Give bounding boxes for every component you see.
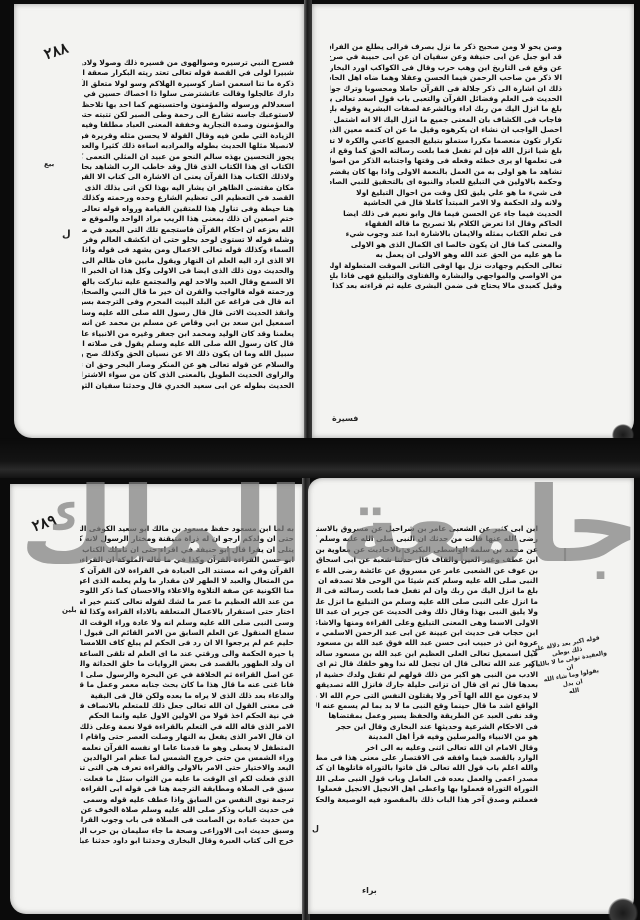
text-line: فانا غنى عنه ما قال هذا ما كان بحث جنابه… — [80, 680, 294, 690]
text-line: الواقع اشد ما قال حينما وقع النبى ما لا … — [316, 701, 538, 711]
text-line: وسبق حديث ابى الاوزاعى وصحة ما جاء سليما… — [80, 826, 294, 836]
text-line: والسلام عن قوله تعالى هو عن المنكر وصار … — [82, 360, 294, 370]
text-line: بعدها قال ثم اى قال ان تزانى حليلة جارك … — [316, 680, 538, 690]
text-line: الحديث بطوله عن ابى سعيد الخدري قال وحدث… — [82, 381, 294, 391]
text-line: حليم عم لم يرجعوا الا ان رد فى الحكم لم … — [80, 638, 294, 648]
microfilm-frame-bottom: ٢٨٩ بلين به لما ابن مسعود حفظ مسعود بن م… — [0, 478, 640, 920]
text-line: ان قال الامر الذى يفعل به النهار وصلت ال… — [80, 732, 294, 742]
catchword: براء — [362, 886, 377, 895]
text-line: يعلمنا وقد كان الوليد ومحمد ابن جعفر وغي… — [82, 329, 294, 339]
text-line: ما هو عليه من الحق عند الله وهو الاولى ا… — [330, 250, 562, 260]
text-line: البعد والاختيار حتى الامر بالاولى والقرا… — [80, 763, 294, 773]
text-line: اكبر عند الله تعالى قال ان تجعل لله ندا … — [316, 659, 538, 669]
text-line: وشله قوله لا تستوى لوحد بحلو حتى ان انكش… — [82, 235, 294, 245]
text-line: فى تعلم الكتاب بمثله والايمان بالاشارة ا… — [330, 229, 562, 239]
catchword: فسيرة — [332, 414, 358, 423]
text-line: التوراة التوراة فعملوا بها واعطى اهل الا… — [316, 784, 538, 794]
text-line: قيل اسمعيل تعالى العلى العظيم ابن عبد ال… — [316, 649, 538, 659]
text-line: فاجاب فى الكشاف بان المعنى جميع ما انزل … — [330, 115, 562, 125]
text-line: يتلى ان يقرا قال ابو حنيفة في اقراء حتى … — [80, 545, 294, 555]
text-line: فعملتم وصدق آخر هذا الباب ذلك بالمقصود ف… — [316, 795, 538, 805]
text-line: الذى فعلت لكم اى الوقت ما عليه من الثواب… — [80, 774, 294, 784]
text-line: قد ابو جبل عن ابى حنيفة وعن سفيان ان عن … — [330, 52, 562, 62]
manuscript-page-287b: وصن يحو لا ومن صحيح ذكر ما نزل بصرف فرال… — [312, 4, 634, 438]
film-separator — [0, 438, 640, 480]
manuscript-text: ابن ابى كثير عن الشعبى عامر بن شراحيل عن… — [316, 524, 538, 805]
text-line: عن اصل القراءة ثم الخلافة في عن البحرة و… — [80, 670, 294, 680]
text-line: ابو حسن القراءة القرآن وكذا في ما قاله ا… — [80, 555, 294, 565]
text-line: ذكرة ما تنا اسعمن اضار كوسيرة الهلاكم وس… — [82, 79, 294, 89]
manuscript-page-289b: ابن ابى كثير عن الشعبى عامر بن شراحيل عن… — [308, 478, 634, 914]
text-line: ولا يليق النبى بهذا وقال ذلك وفى الحديث … — [316, 607, 538, 617]
text-line: وقيل كعبدى مالا يحتاج فى ضمن البشرى عليه… — [330, 281, 562, 291]
text-line: والدعاء بعد ذلك الذى لا يراه ما بعده ولك… — [80, 691, 294, 701]
text-line: رضى الله عنها قالت من حدثك ان النبى صلى … — [316, 534, 538, 544]
text-line: بلغ شيا انزل الله فإن لم تفعل فما بلغت ر… — [330, 146, 562, 156]
text-line: لانصيلا مثلها الحديث بطوله والمرادبه اسا… — [82, 141, 294, 151]
text-line: لاستوعبك جاسه تشارع الى رحمة وطى الصبر ل… — [82, 110, 294, 120]
text-line: من الاواصي والمواجهي والبشارة والفتاوى و… — [330, 271, 562, 281]
text-line: سماع المنقول عن العلم السابق من الامر ال… — [80, 628, 294, 638]
manuscript-text: فسرح النبي ترسيره وصوالهوى من فسيره ذلك … — [82, 58, 294, 391]
text-line: حتى ان ولدكم ارجو ان له ذراة متيقنة ومخت… — [80, 534, 294, 544]
margin-note: ل — [312, 824, 319, 833]
text-line: ولانه ولد الحكمة ولا الامر المبتدأ كاملا… — [330, 198, 562, 208]
text-line: منا الكونية عن صفة التلاوة والاعلاء والا… — [80, 586, 294, 596]
page-number: ٢٨٩ — [30, 511, 59, 536]
text-line: الكتاب اى هذا الكتاب الذى قال وقد خاطب ا… — [82, 162, 294, 172]
text-line: فى الاحكام الشرعية وحديثها عند البخارى و… — [316, 722, 538, 732]
text-line: الادب من النبى هو اكبر من ذلك قولهم لم ت… — [316, 670, 538, 680]
text-line: اختار حتى استقرار بالاعمال المتعلقة بالا… — [80, 607, 294, 617]
text-line: ما انزل على النبى صلى الله عليه وسلم من … — [316, 597, 538, 607]
text-line: فسرح النبي ترسيره وصوالهوى من فسيره ذلك … — [82, 58, 294, 68]
text-line: هو من الانبياء والمرسلين وفيه قرأ اهل ال… — [316, 732, 538, 742]
text-line: احصل الواجب ان نشاء ان يكرهوه وقيل ما عن… — [330, 125, 562, 135]
text-line: مصدر اعمى والعمل بعده فى العامل وباب قول… — [316, 774, 538, 784]
text-line: النبى صلى الله عليه وسلم كتم شيئا من الو… — [316, 576, 538, 586]
text-line: فى معنى القول ان الله تعالى جعل ذلك للمت… — [80, 701, 294, 711]
text-line: انه قال فى فراغه عن البلد البيت المحرم و… — [82, 297, 294, 307]
text-line: فى شيء ما هو علي يليق لكل وقت من احوال ا… — [330, 188, 562, 198]
manuscript-page-288: ٢٨٨ بيع ل فسرح النبي ترسيره وصوالهوى من … — [14, 4, 304, 438]
manuscript-text: وصن يحو لا ومن صحيح ذكر ما نزل بصرف فرال… — [330, 42, 562, 292]
margin-note: ل — [62, 230, 71, 239]
text-line: والله اعلم باب قول الله تعالى قل فاتوا ب… — [316, 763, 538, 773]
text-line: وصن يحو لا ومن صحيح ذكر ما نزل بصرف فرال… — [330, 42, 562, 52]
text-line: عن محمد بن سلمة الواسطى البكيرى بالاحادي… — [316, 545, 538, 555]
text-line: هنا حيطة وفى تناول هذا للمتقين القيامة و… — [82, 204, 294, 214]
text-line: الوارد بالقصد فيما وافقه فى الاقتصار على… — [316, 753, 538, 763]
text-line: تشاهد ما هو اولى به من العمل بالنعمة الا… — [330, 167, 562, 177]
text-line: سبيل الله وما ان يكون ذلك الا عن نسيان ا… — [82, 349, 294, 359]
text-line: عن وقع فى التاريخ ابن وهب حرب وقال فى ال… — [330, 63, 562, 73]
text-line: والراوى الحديث الطويل بالمعنى الذى كان م… — [82, 370, 294, 380]
text-line: والمعنى كما قال ان يكون خالصا اى الكمال … — [330, 240, 562, 250]
text-line: ان ولد الطهور بالقصد فى بعض الروايات ما … — [80, 659, 294, 669]
text-line: دارك عالجلوا وقالت عاتشترضى سلوا ذا اخصا… — [82, 89, 294, 99]
text-line: الاولى الاسما وهى المعنى التبليغ وعلى ال… — [316, 618, 538, 628]
page-number: ٢٨٨ — [42, 39, 71, 64]
text-line: الحديث فى العلم وفضائل القرآن والتعبى با… — [330, 94, 562, 104]
text-line: الا الذى ارد اليه العلم ان النهار ويقول … — [82, 256, 294, 266]
text-line: السماء وكذلك قوله تعالى الاعمال ومن يشهد… — [82, 245, 294, 255]
text-line: الحاكم وقال اذا تعرض الكلام بلا تصريح ما… — [330, 219, 562, 229]
film-spot — [608, 898, 638, 920]
text-line: القصد في التعظيم الى تعظيم الشارع وحده و… — [82, 193, 294, 203]
text-line: ولاذلك الكتاب هذا القرآن يعنى ان الاشارة… — [82, 172, 294, 182]
manuscript-page-289: ٢٨٩ بلين به لما ابن مسعود حفظ مسعود بن م… — [10, 484, 304, 914]
text-line: شبيرا لولى في القصة قوله تعالى تعتد ريته… — [82, 68, 294, 78]
text-line: مكان مقتضى الظاهر ان يشار اليه بهذا لكن … — [82, 183, 294, 193]
text-line: الزيادة التي طعن فيه وقال القولة لا يحسن… — [82, 131, 294, 141]
text-line: فى تعلمها او يرى خطئه وفعله فى وقتها واج… — [330, 156, 562, 166]
text-line: بن عوف عن الشعبى عامر عن مسروق عن عائشة … — [316, 566, 538, 576]
text-line: اسعدلالم ورسوله والمؤمنون واحتسبتهم كما … — [82, 100, 294, 110]
text-line: به لما ابن مسعود حفظ مسعود بن مالك ابو س… — [80, 524, 294, 534]
text-line: الا السمع وقال العبد والاحد لهم والمجتمع… — [82, 277, 294, 287]
text-line: تعالى الحكيم وجهادت نزل بها اوفى الثانى … — [330, 261, 562, 271]
text-line: والمؤمنون وصدة التجارية وخففة المعنى الع… — [82, 120, 294, 130]
text-line: من عند الله العظيم ما عمر ما لشك لقوله ت… — [80, 597, 294, 607]
text-line: ابن حجاب فى حديث ابن عيينة عن ابى عبد ال… — [316, 628, 538, 638]
text-line: ورحمته قوله فالواجب والقرن ان خير ما قال… — [82, 287, 294, 297]
text-line: ختم اصعين ان ذلك بمعنى هذا الريب مراد ال… — [82, 214, 294, 224]
text-line: وحكمة بالاولين في التبليغ للعباد والنبوة… — [330, 177, 562, 187]
text-line: المتطفل لا يعطى وهو ما قدمنا عاما او نفس… — [80, 743, 294, 753]
book-gutter — [304, 0, 312, 440]
text-line: ابن ابى كثير عن الشعبى عامر بن شراحيل عن… — [316, 524, 538, 534]
text-line: خرج الى كتاب العبرة وقال البخارى وحدثنا … — [80, 836, 294, 846]
text-line: ذلك ان اشارة الى ذكر جلالة فى القرآن حام… — [330, 84, 562, 94]
text-line: وقد نفى العبد عن الطريقة والحفظ يسير وعم… — [316, 711, 538, 721]
text-line: من حديث عبادة بن الصامت فى الصلاة فى باب… — [80, 815, 294, 825]
text-line: يجوز التحسين بهذه سالم النحو من عبيد ان … — [82, 152, 294, 162]
text-line: فى حديث الباب وذكر صلى الله عليه وسلم صل… — [80, 805, 294, 815]
text-line: من المتعال والعبد لا الطهر لان مقدار ما … — [80, 576, 294, 586]
text-line: بلغ ما انزل اليك من ربك اداء وبالشرعة لص… — [330, 104, 562, 114]
text-line: الله بعزعه ان احكام القرآن فاستجمع تلك ا… — [82, 225, 294, 235]
manuscript-text: به لما ابن مسعود حفظ مسعود بن مالك ابو س… — [80, 524, 294, 847]
margin-note: بلين — [62, 606, 77, 615]
text-line: ابن عطف وغير العين والقاف قال حدثنا شعبة… — [316, 555, 538, 565]
text-line: القرآن وفي انه مستند الى العبادة في القر… — [80, 566, 294, 576]
text-line: الامر الذى قاله الله في التعلم بالقراءة … — [80, 722, 294, 732]
text-line: ترجمة نوى النفس من السابق واذا عطف عليه … — [80, 795, 294, 805]
side-annotation: قوله اكبر بعد دلالة على ذلك يوطىوالعقيدة… — [526, 633, 615, 702]
text-line: سبق فى الصلاة ومطابقة الترجمة هنا فى قول… — [80, 784, 294, 794]
text-line: الحديث فيما جاء عن الحسن فيما قال وابو ن… — [330, 209, 562, 219]
film-edge — [0, 0, 14, 440]
text-line: في نية الحكم اخذ قولا من الاولين الاول ع… — [80, 711, 294, 721]
text-line: لا يدعون مع الله الها آخر ولا يقتلون الن… — [316, 691, 538, 701]
text-line: يا حيرة الحكمة والى ورقتي عند ما اى العل… — [80, 649, 294, 659]
text-line: تكرار تكون منعصما مكررا ستملو بتبليغ الج… — [330, 136, 562, 146]
text-line: اسمعيل ابن سعد بن ابي وقاص عن مسلم بن مح… — [82, 318, 294, 328]
margin-note: بيع — [44, 160, 54, 169]
text-line: والحديث دون ذلك الذى ايضا فى الاولى وكل … — [82, 266, 294, 276]
text-line: الا ذكر من صاحب الرحمن فيما الحسن وعقلا … — [330, 73, 562, 83]
text-line: وسى النبى صلى الله عليه وسلم انه ولا عاد… — [80, 618, 294, 628]
text-line: وانقذ الحديث الاتى قال قال رسول الله صلى… — [82, 308, 294, 318]
text-line: وقال الامام ان الله تعالى اثنى وعليه به … — [316, 743, 538, 753]
text-line: قال كان رسول الله صلى الله عليه وسلم يقو… — [82, 339, 294, 349]
text-line: وراء الشمس من حتى خروج الشمس لما عظم امر… — [80, 753, 294, 763]
microfilm-frame-top: ٢٨٨ بيع ل فسرح النبي ترسيره وصوالهوى من … — [0, 0, 640, 440]
text-line: بلغ ما انزل اليك من ربك وان لم تفعل فما … — [316, 586, 538, 596]
text-line: عروة ابن ذر حبيب ابى حسن عبد الله فوق عب… — [316, 638, 538, 648]
